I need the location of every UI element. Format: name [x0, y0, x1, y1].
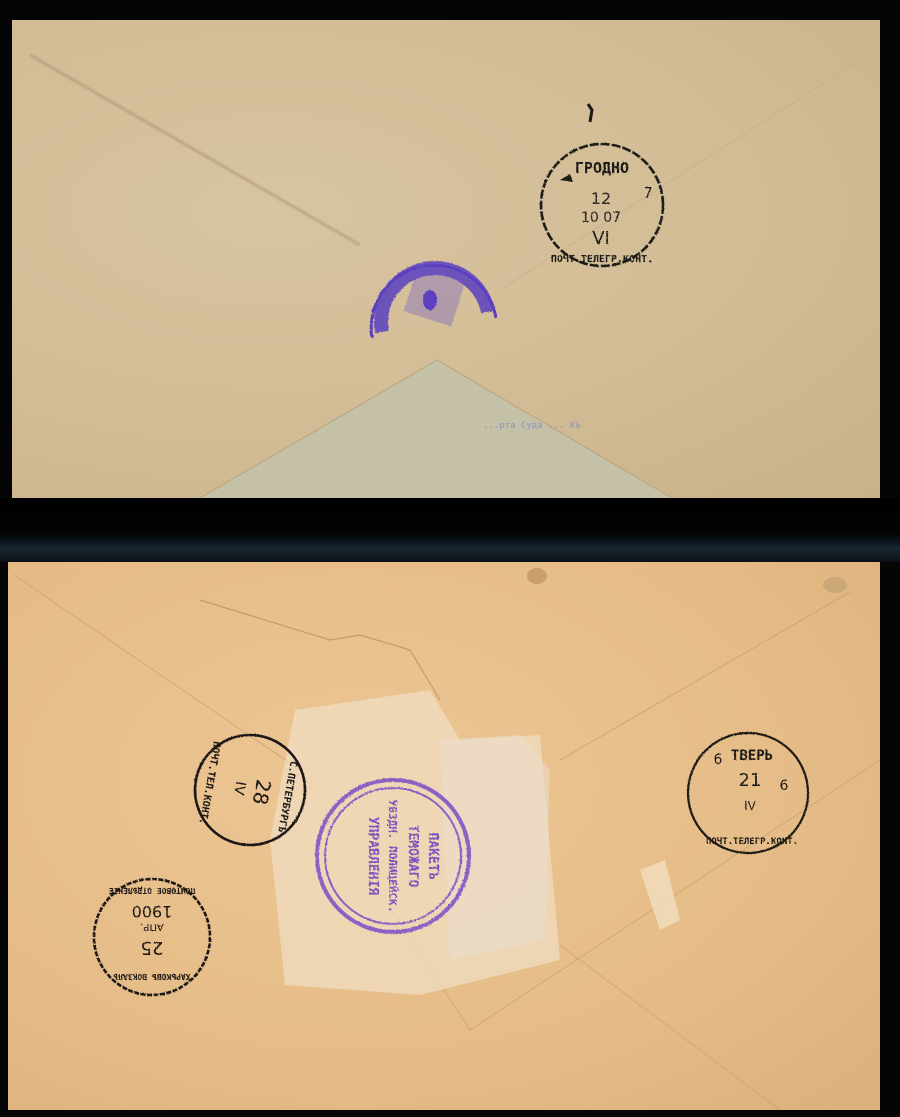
svg-text:ТЕМОЖАГО: ТЕМОЖАГО: [405, 825, 420, 888]
grodno-postmark: ГРОДНО 12 10 07 VI 7 ПОЧТ.ТЕЛЕГР.КОНТ.: [541, 144, 663, 266]
svg-text:10 07: 10 07: [581, 210, 621, 226]
flap-text: ...рта Суда ... КЪ: [483, 421, 581, 431]
svg-text:7: 7: [643, 184, 653, 202]
svg-text:ПОЧТ.ТЕЛЕГР.КОНТ.: ПОЧТ.ТЕЛЕГР.КОНТ.: [706, 837, 798, 847]
svg-text:6: 6: [714, 752, 723, 768]
inner-flap: [200, 360, 672, 498]
svg-text:IV: IV: [230, 780, 248, 797]
svg-text:ПАКЕТЪ: ПАКЕТЪ: [425, 833, 440, 880]
svg-text:АПР.: АПР.: [140, 921, 164, 932]
svg-text:ГРОДНО: ГРОДНО: [575, 159, 629, 177]
tver-postmark: ТВЕРЬ 6 6 21 IV ПОЧТ.ТЕЛЕГР.КОНТ.: [688, 733, 808, 853]
svg-text:УБЗДН. ПОЛИЦЕЙСК.: УБЗДН. ПОЛИЦЕЙСК.: [386, 800, 399, 913]
svg-text:VI: VI: [592, 228, 610, 249]
svg-text:21: 21: [739, 770, 762, 791]
svg-text:ПОЧТ.ТЕЛЕГР.КОНТ.: ПОЧТ.ТЕЛЕГР.КОНТ.: [551, 253, 653, 265]
svg-text:12: 12: [591, 189, 611, 208]
svg-text:25: 25: [141, 937, 164, 958]
envelope-artwork: ...рта Суда ... КЪ ГРОДНО 12 10 07 VI 7 …: [0, 0, 900, 1117]
svg-text:1900: 1900: [132, 902, 173, 921]
svg-text:IV: IV: [744, 799, 757, 813]
svg-text:6: 6: [780, 778, 789, 794]
svg-text:ПОЧТОВОЕ ОТДѢЛЕНІЕ: ПОЧТОВОЕ ОТДѢЛЕНІЕ: [108, 886, 195, 895]
svg-text:УПРАВЛЕНІЯ: УПРАВЛЕНІЯ: [365, 817, 380, 895]
st-petersburg-postmark: С.ПЕТЕРБУРГЪ 28 IV ПОЧТ.ТЕЛ.КОНТ.: [195, 735, 305, 845]
kharkov-postmark: ХАРЬКОВЪ ВОКЗАЛЪ 25 АПР. 1900 ПОЧТОВОЕ О…: [94, 879, 210, 995]
svg-text:ХАРЬКОВЪ ВОКЗАЛЪ: ХАРЬКОВЪ ВОКЗАЛЪ: [113, 972, 190, 981]
svg-text:28: 28: [248, 777, 276, 806]
svg-text:ТВЕРЬ: ТВЕРЬ: [731, 748, 773, 764]
svg-text:ПОЧТ.ТЕЛ.КОНТ.: ПОЧТ.ТЕЛ.КОНТ.: [196, 740, 222, 825]
violet-seal: [371, 263, 496, 338]
